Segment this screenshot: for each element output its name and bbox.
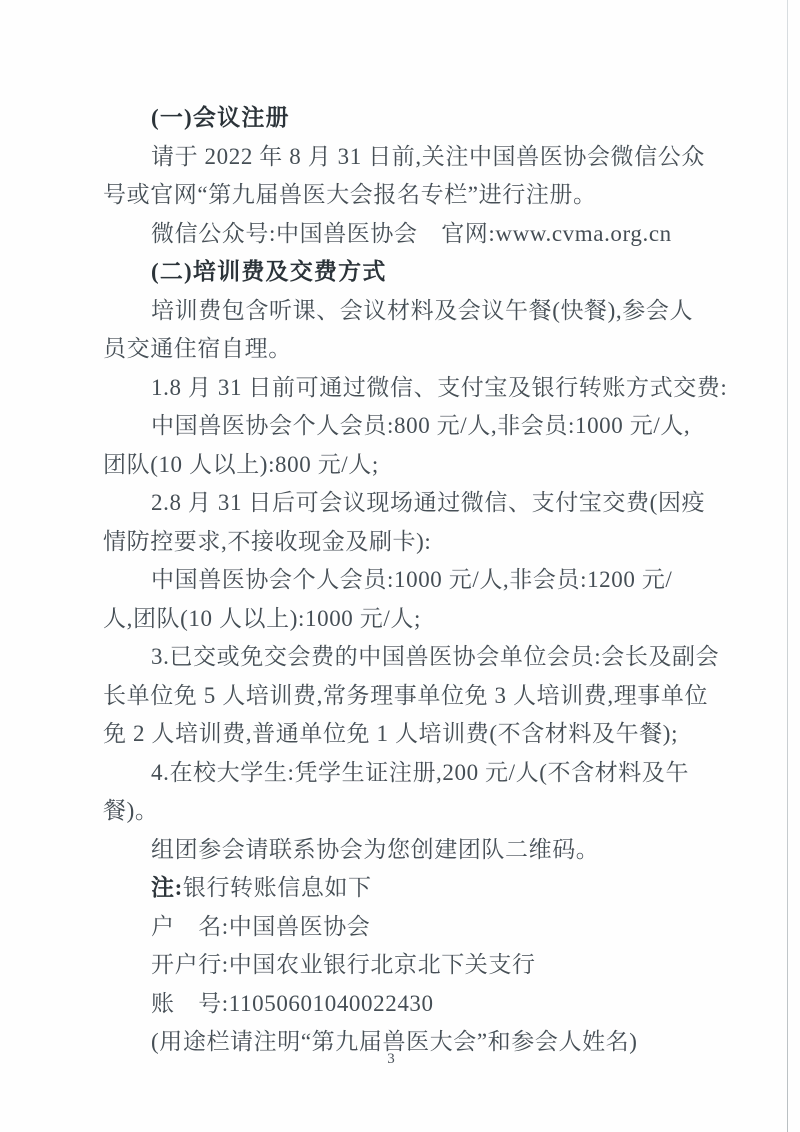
section-heading-fees: (二)培训费及交费方式 [103, 253, 763, 292]
account-number-line: 账 号:11050601040022430 [103, 985, 763, 1024]
account-name-line: 户 名:中国兽医协会 [103, 908, 763, 947]
page-number: 3 [0, 1048, 782, 1070]
bank-branch-line: 开户行:中国农业银行北京北下关支行 [103, 946, 763, 985]
fee-prices-line: 中国兽医协会个人会员:800 元/人,非会员:1000 元/人, [103, 407, 763, 446]
fee-item-2-line: 情防控要求,不接收现金及刷卡): [103, 523, 763, 562]
fee-item-3-line: 长单位免 5 人培训费,常务理事单位免 3 人培训费,理事单位 [103, 677, 763, 716]
fee-item-2-line: 2.8 月 31 日后可会议现场通过微信、支付宝交费(因疫 [103, 484, 763, 523]
document-body: (一)会议注册 请于 2022 年 8 月 31 日前,关注中国兽医协会微信公众… [103, 99, 763, 1062]
fee-item-4-line: 4.在校大学生:凭学生证注册,200 元/人(不含材料及午 [103, 754, 763, 793]
fee-item-1-line: 1.8 月 31 日前可通过微信、支付宝及银行转账方式交费: [103, 369, 763, 408]
paragraph-line: 培训费包含听课、会议材料及会议午餐(快餐),参会人 [103, 292, 763, 331]
fee-prices-line: 中国兽医协会个人会员:1000 元/人,非会员:1200 元/ [103, 561, 763, 600]
fee-item-3-line: 3.已交或免交会费的中国兽医协会单位会员:会长及副会 [103, 638, 763, 677]
fee-item-3-line: 免 2 人培训费,普通单位免 1 人培训费(不含材料及午餐); [103, 715, 763, 754]
wechat-official-site-line: 微信公众号:中国兽医协会 官网:www.cvma.org.cn [103, 215, 763, 254]
group-qrcode-line: 组团参会请联系协会为您创建团队二维码。 [103, 831, 763, 870]
scanned-document-page: (一)会议注册 请于 2022 年 8 月 31 日前,关注中国兽医协会微信公众… [0, 0, 800, 1132]
paragraph-line: 请于 2022 年 8 月 31 日前,关注中国兽医协会微信公众 [103, 138, 763, 177]
note-text: 银行转账信息如下 [183, 875, 372, 900]
bank-transfer-note-line: 注:银行转账信息如下 [103, 869, 763, 908]
paragraph-line: 员交通住宿自理。 [103, 330, 763, 369]
fee-prices-line: 团队(10 人以上):800 元/人; [103, 446, 763, 485]
note-label: 注: [151, 875, 183, 900]
fee-prices-line: 人,团队(10 人以上):1000 元/人; [103, 600, 763, 639]
scan-edge-artifact [787, 0, 788, 1132]
section-heading-registration: (一)会议注册 [103, 99, 763, 138]
paragraph-line: 号或官网“第九届兽医大会报名专栏”进行注册。 [103, 176, 763, 215]
fee-item-4-line: 餐)。 [103, 792, 763, 831]
